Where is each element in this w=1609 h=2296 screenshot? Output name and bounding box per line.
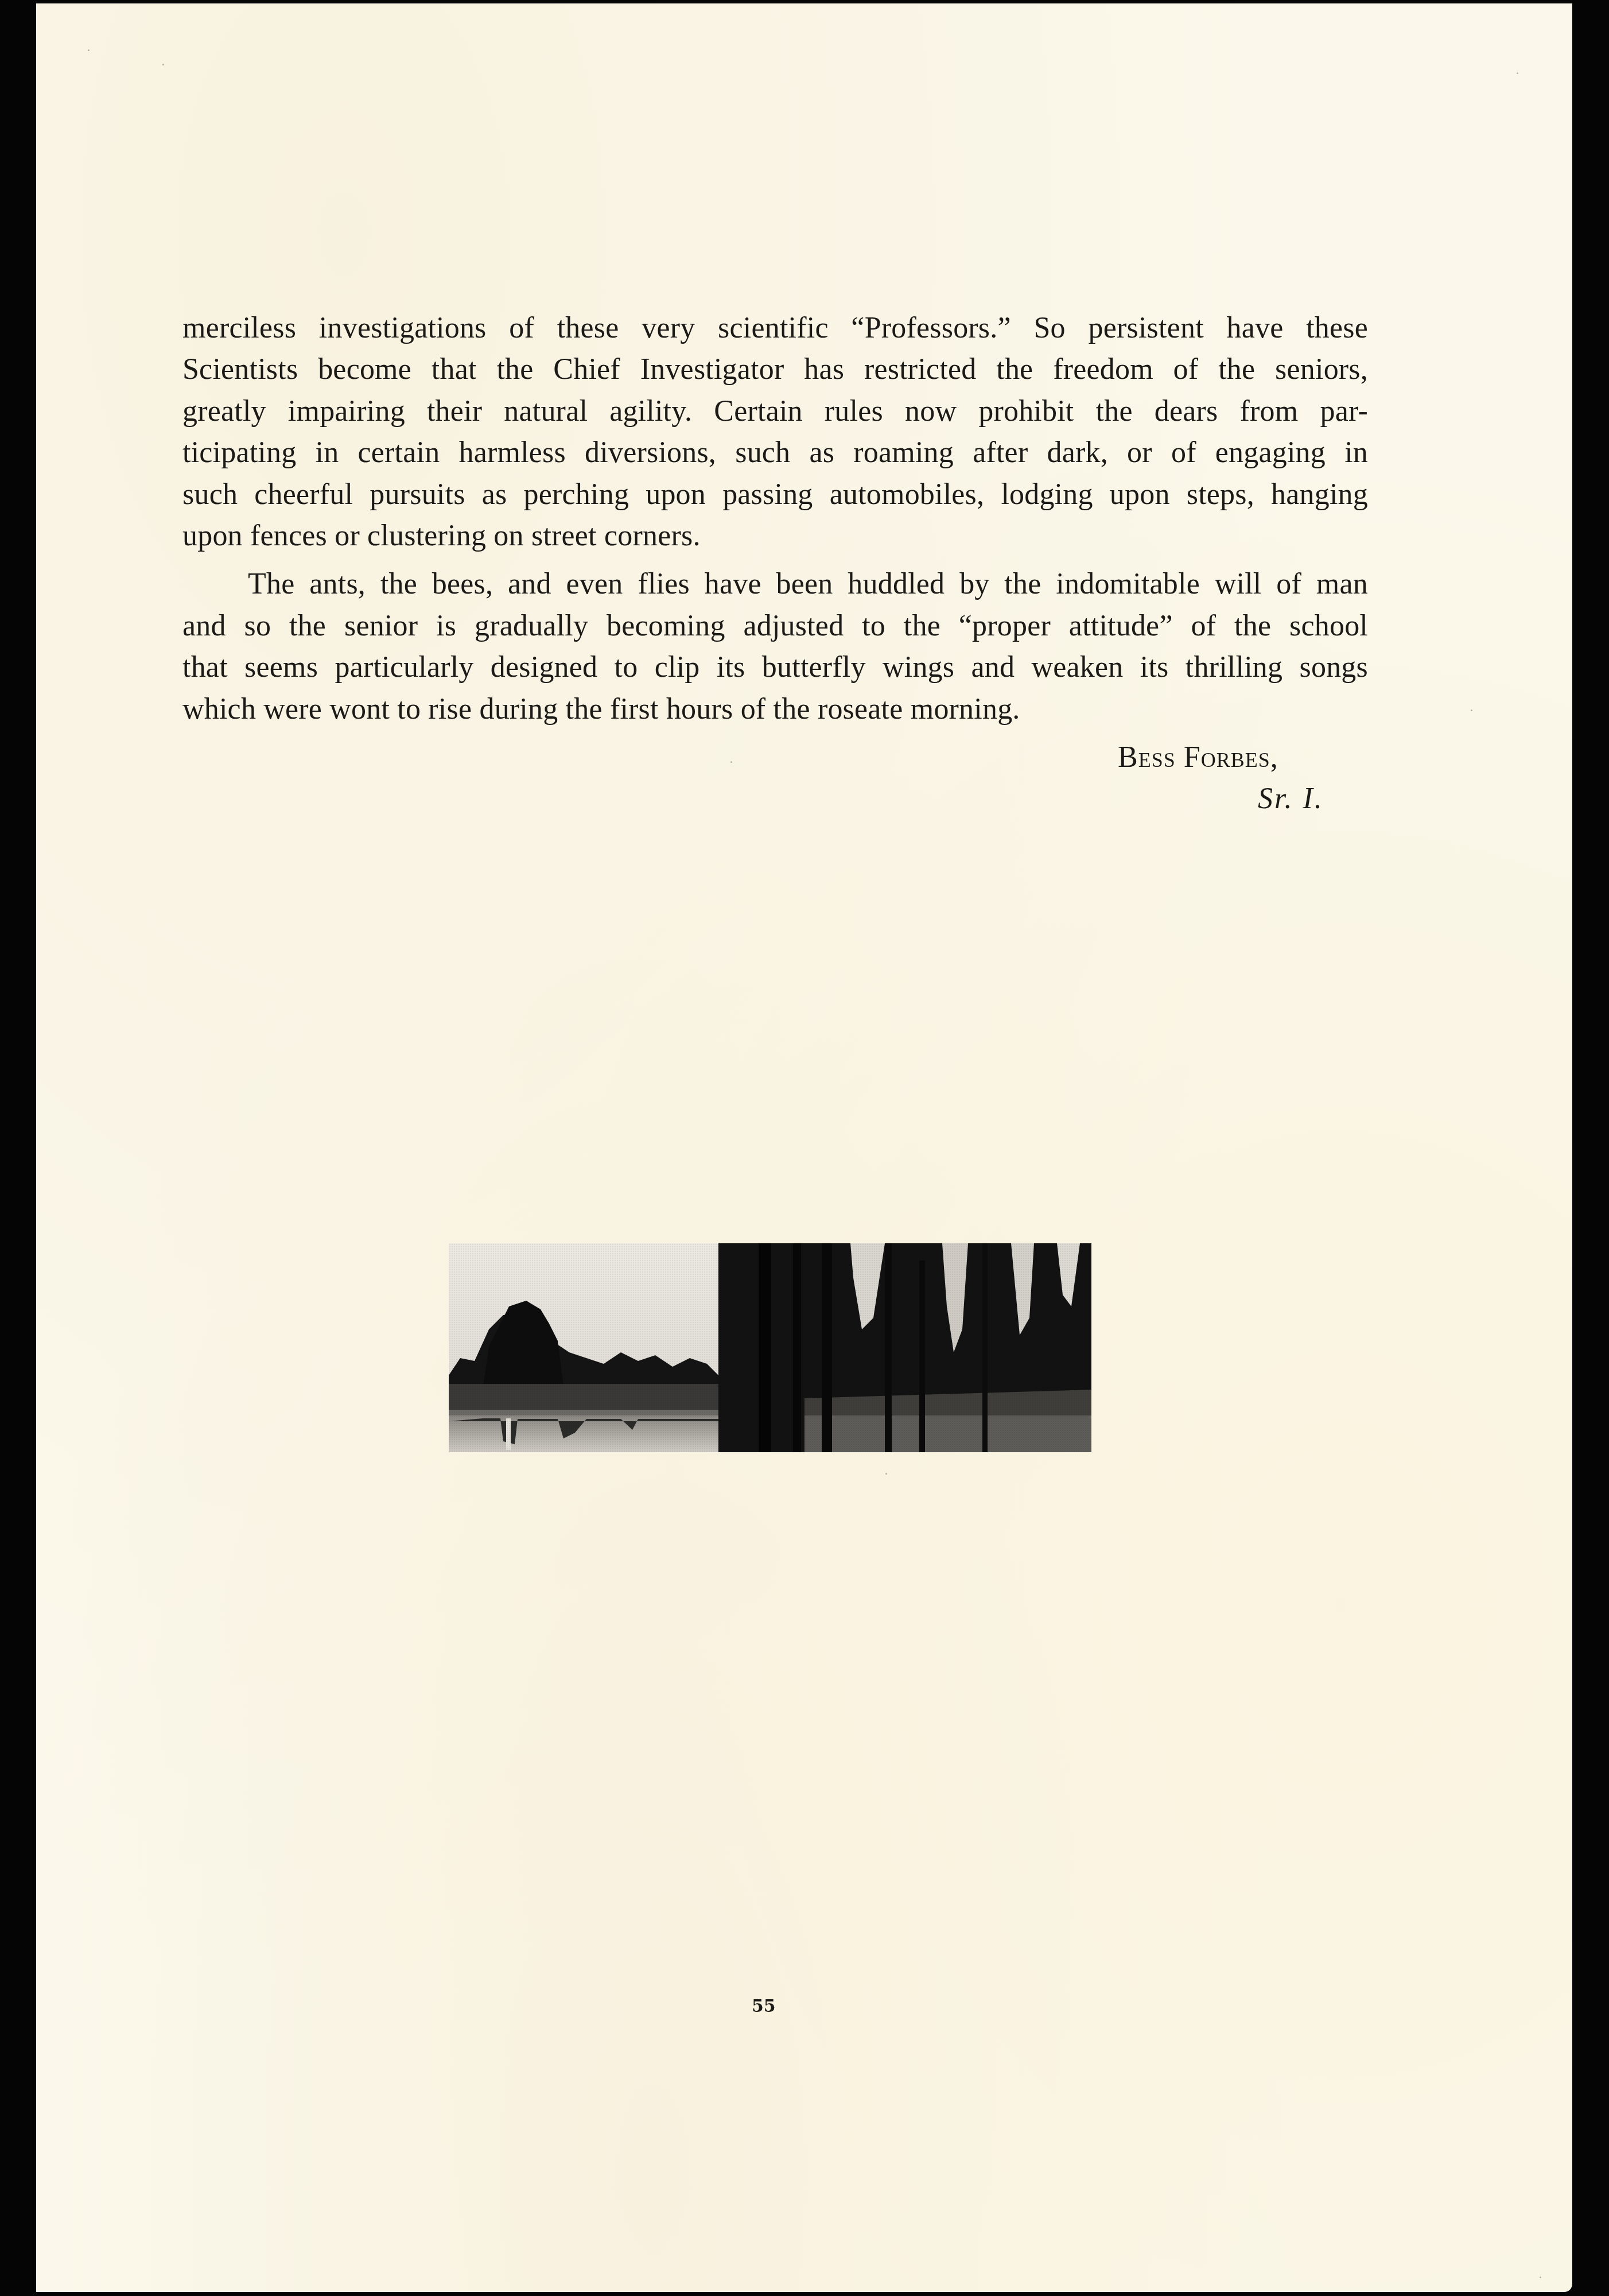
text-line: Scientists become that the Chief Investi… bbox=[182, 349, 1368, 390]
text-line: greatly impairing their natural agility.… bbox=[182, 391, 1368, 432]
text-line: upon fences or clustering on street corn… bbox=[182, 515, 1368, 557]
paper-speck bbox=[885, 1473, 887, 1475]
text-line: merciless investigations of these very s… bbox=[182, 308, 1368, 349]
paper-speck bbox=[1471, 709, 1472, 711]
paper-speck bbox=[162, 64, 164, 65]
text-line: and so the senior is gradually becoming … bbox=[182, 606, 1368, 647]
paper-speck bbox=[88, 49, 90, 51]
author-class: Sr. I. bbox=[1258, 782, 1324, 816]
text-line: that seems particularly designed to clip… bbox=[182, 647, 1368, 688]
paragraph: The ants, the bees, and even flies have … bbox=[182, 564, 1368, 730]
text-line: ticipating in certain harmless diversion… bbox=[182, 432, 1368, 474]
photo-image bbox=[449, 1243, 1091, 1452]
paragraph: merciless investigations of these very s… bbox=[182, 308, 1368, 557]
river-photograph bbox=[449, 1243, 1091, 1452]
text-line: The ants, the bees, and even flies have … bbox=[182, 564, 1368, 605]
author-name: Bess Forbes, bbox=[1118, 740, 1278, 774]
text-line: such cheerful pursuits as perching upon … bbox=[182, 474, 1368, 515]
paper-speck bbox=[1540, 2276, 1541, 2278]
article-body: merciless investigations of these very s… bbox=[182, 308, 1368, 730]
paper-speck bbox=[730, 761, 732, 763]
text-line: which were wont to rise during the first… bbox=[182, 689, 1368, 730]
paper-speck bbox=[1517, 72, 1518, 74]
page-number: 55 bbox=[752, 1996, 776, 2016]
